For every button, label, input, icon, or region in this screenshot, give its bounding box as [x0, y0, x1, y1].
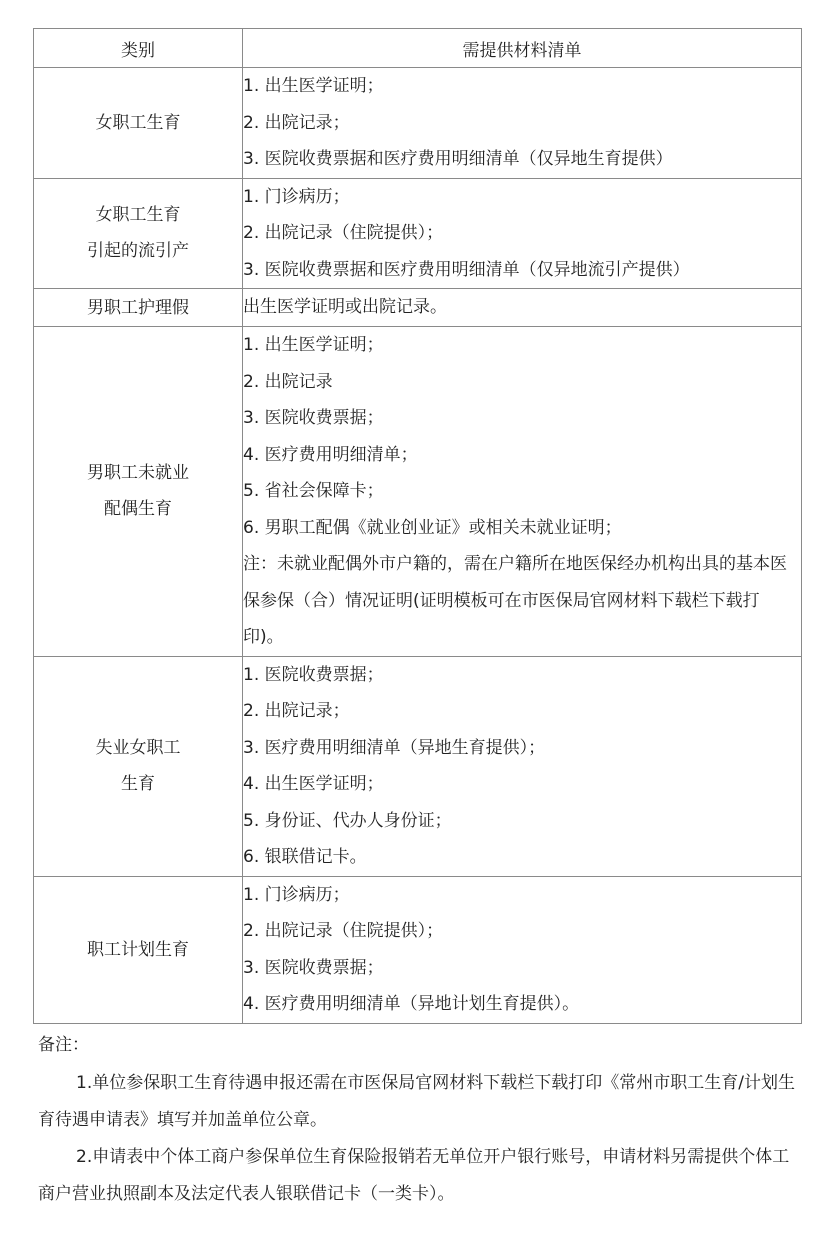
- category-cell: 女职工生育 引起的流引产: [34, 178, 243, 289]
- category-label: 配偶生育: [34, 491, 242, 527]
- material-item: 2. 出院记录: [243, 364, 795, 401]
- materials-table: 类别 需提供材料清单 女职工生育 1. 出生医学证明； 2. 出院记录； 3. …: [33, 28, 802, 1024]
- category-label: 引起的流引产: [34, 233, 242, 269]
- material-item: 2. 出院记录；: [243, 693, 801, 730]
- remarks-title: 备注：: [38, 1027, 803, 1065]
- material-item: 1. 医院收费票据；: [243, 657, 801, 694]
- header-category: 类别: [34, 29, 243, 68]
- table-row: 男职工未就业 配偶生育 1. 出生医学证明； 2. 出院记录 3. 医院收费票据…: [34, 327, 802, 657]
- remarks-paragraph: 1.单位参保职工生育待遇申报还需在市医保局官网材料下载栏下载打印《常州市职工生育…: [38, 1065, 803, 1139]
- material-item: 6. 银联借记卡。: [243, 839, 801, 876]
- material-item: 2. 出院记录（住院提供）；: [243, 913, 801, 950]
- category-cell: 男职工未就业 配偶生育: [34, 327, 243, 657]
- materials-cell: 1. 门诊病历； 2. 出院记录（住院提供）； 3. 医院收费票据和医疗费用明细…: [243, 178, 802, 289]
- category-label: 女职工生育: [34, 105, 242, 141]
- table-row: 女职工生育 1. 出生医学证明； 2. 出院记录； 3. 医院收费票据和医疗费用…: [34, 68, 802, 179]
- table-row: 失业女职工 生育 1. 医院收费票据； 2. 出院记录； 3. 医疗费用明细清单…: [34, 656, 802, 876]
- material-item: 6. 男职工配偶《就业创业证》或相关未就业证明；: [243, 510, 795, 547]
- remarks-paragraph: 2.申请表中个体工商户参保单位生育保险报销若无单位开户银行账号，申请材料另需提供…: [38, 1139, 803, 1213]
- table-header-row: 类别 需提供材料清单: [34, 29, 802, 68]
- materials-cell: 1. 出生医学证明； 2. 出院记录； 3. 医院收费票据和医疗费用明细清单（仅…: [243, 68, 802, 179]
- material-note: 注：未就业配偶外市户籍的，需在户籍所在地医保经办机构出具的基本医保参保（合）情况…: [243, 546, 795, 656]
- category-cell: 女职工生育: [34, 68, 243, 179]
- material-item: 3. 医院收费票据；: [243, 950, 801, 987]
- category-label: 失业女职工: [34, 730, 242, 766]
- header-materials: 需提供材料清单: [243, 29, 802, 68]
- materials-cell: 1. 门诊病历； 2. 出院记录（住院提供）； 3. 医院收费票据； 4. 医疗…: [243, 876, 802, 1023]
- materials-cell: 1. 医院收费票据； 2. 出院记录； 3. 医疗费用明细清单（异地生育提供）；…: [243, 656, 802, 876]
- material-item: 1. 门诊病历；: [243, 877, 801, 914]
- category-label: 男职工护理假: [34, 290, 242, 326]
- material-item: 2. 出院记录；: [243, 105, 801, 142]
- table-row: 职工计划生育 1. 门诊病历； 2. 出院记录（住院提供）； 3. 医院收费票据…: [34, 876, 802, 1023]
- material-item: 3. 医疗费用明细清单（异地生育提供）；: [243, 730, 801, 767]
- category-cell: 失业女职工 生育: [34, 656, 243, 876]
- material-item: 4. 医疗费用明细清单（异地计划生育提供）。: [243, 986, 801, 1023]
- material-item: 3. 医院收费票据；: [243, 400, 795, 437]
- material-item: 5. 身份证、代办人身份证；: [243, 803, 801, 840]
- table-row: 女职工生育 引起的流引产 1. 门诊病历； 2. 出院记录（住院提供）； 3. …: [34, 178, 802, 289]
- materials-cell: 出生医学证明或出院记录。: [243, 289, 802, 327]
- materials-cell: 1. 出生医学证明； 2. 出院记录 3. 医院收费票据； 4. 医疗费用明细清…: [243, 327, 802, 657]
- material-item: 1. 出生医学证明；: [243, 68, 801, 105]
- material-item: 1. 出生医学证明；: [243, 327, 795, 364]
- material-item: 3. 医院收费票据和医疗费用明细清单（仅异地流引产提供）: [243, 252, 801, 289]
- material-item: 5. 省社会保障卡；: [243, 473, 795, 510]
- material-item: 2. 出院记录（住院提供）；: [243, 215, 801, 252]
- table-row: 男职工护理假 出生医学证明或出院记录。: [34, 289, 802, 327]
- category-label: 生育: [34, 766, 242, 802]
- category-label: 职工计划生育: [34, 932, 242, 968]
- category-label: 男职工未就业: [34, 455, 242, 491]
- material-item: 4. 医疗费用明细清单；: [243, 437, 795, 474]
- material-item: 出生医学证明或出院记录。: [243, 289, 801, 326]
- material-item: 4. 出生医学证明；: [243, 766, 801, 803]
- category-cell: 男职工护理假: [34, 289, 243, 327]
- remarks-section: 备注： 1.单位参保职工生育待遇申报还需在市医保局官网材料下载栏下载打印《常州市…: [38, 1027, 803, 1213]
- material-item: 1. 门诊病历；: [243, 179, 801, 216]
- category-cell: 职工计划生育: [34, 876, 243, 1023]
- category-label: 女职工生育: [34, 197, 242, 233]
- material-item: 3. 医院收费票据和医疗费用明细清单（仅异地生育提供）: [243, 141, 801, 178]
